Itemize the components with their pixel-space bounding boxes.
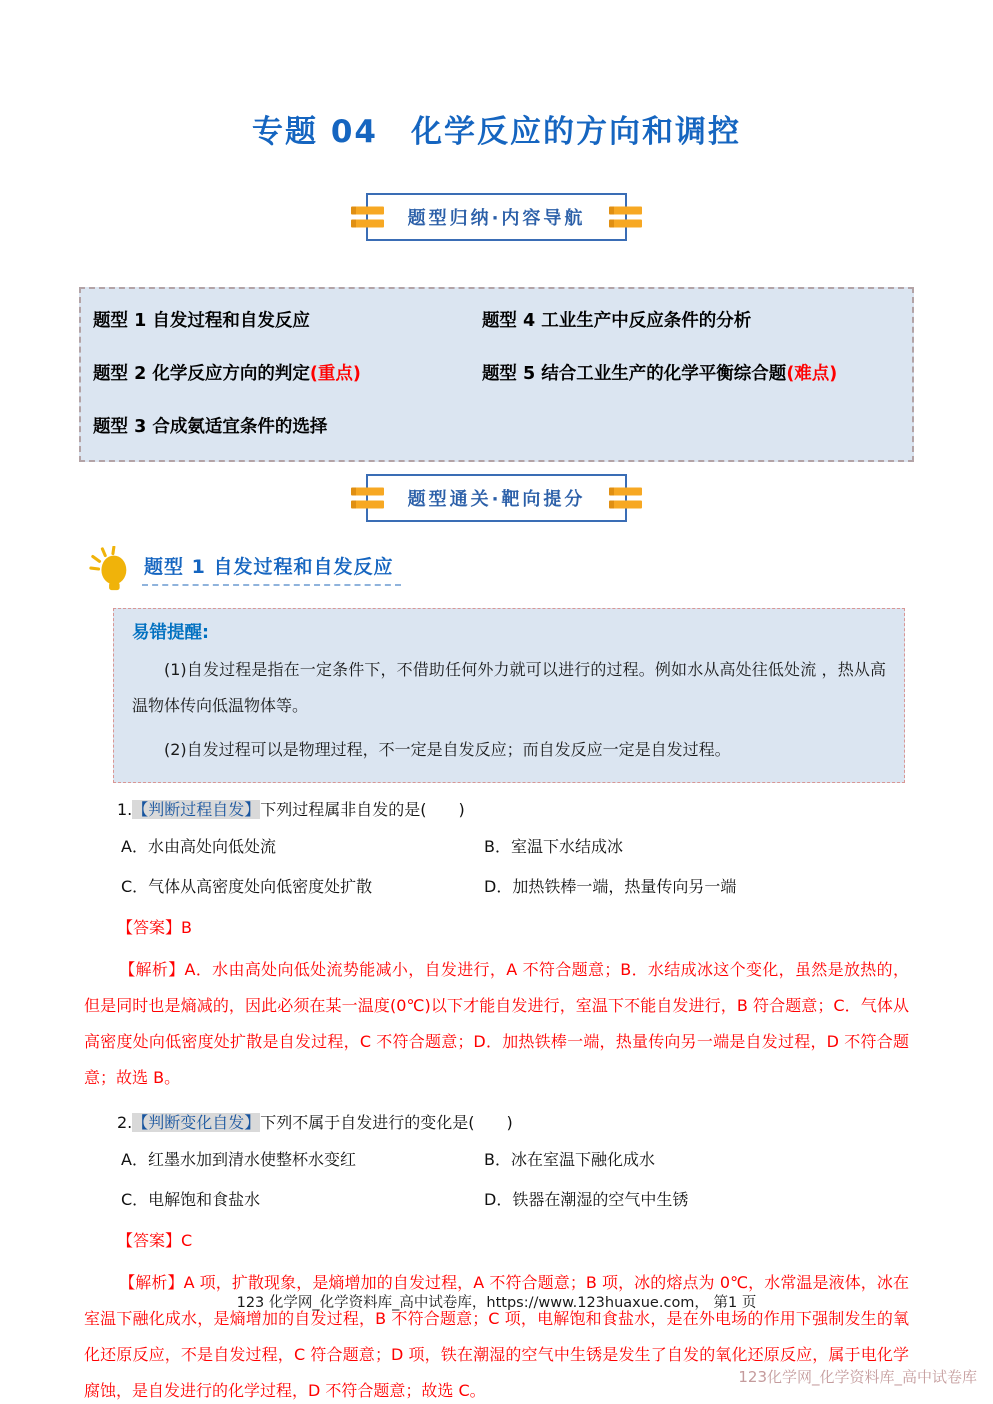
type-index-label: 题型 4 工业生产中反应条件的分析	[482, 311, 751, 331]
question-stem: 下列过程属非自发的是( )	[260, 800, 465, 819]
question-1: 1.【判断过程自发】下列过程属非自发的是( ) A．水由高处向低处流 B．室温下…	[84, 795, 909, 1096]
question-stem: 下列不属于自发进行的变化是( )	[260, 1113, 513, 1132]
question-topic-tag: 【判断过程自发】	[132, 800, 260, 819]
question-types-index: 题型 1 自发过程和自发反应 题型 4 工业生产中反应条件的分析 题型 2 化学…	[79, 287, 914, 462]
banner-content-nav-label: 题型归纳·内容导航	[408, 208, 586, 229]
option-a: A．水由高处向低处流	[121, 833, 484, 860]
option-b: B．室温下水结成冰	[484, 833, 909, 860]
section-heading: 题型 1 自发过程和自发反应	[88, 546, 993, 592]
double-bar-icon	[609, 207, 642, 228]
double-bar-icon	[351, 488, 384, 509]
question-number: 2.	[117, 1113, 132, 1132]
type-index-item: 题型 4 工业生产中反应条件的分析	[482, 307, 902, 332]
type-index-tag: (难点)	[786, 364, 837, 384]
option-d: D．加热铁棒一端，热量传向另一端	[484, 873, 909, 900]
type-index-label: 题型 2 化学反应方向的判定	[93, 364, 310, 384]
banner-content-nav: 题型归纳·内容导航	[0, 193, 993, 241]
analysis-text: A．水由高处向低处流势能减小，自发进行，A 不符合题意；B．水结成冰这个变化，虽…	[84, 960, 909, 1087]
options-grid: A．红墨水加到清水使整杯水变红 B．冰在室温下融化成水 C．电解饱和食盐水 D．…	[121, 1146, 909, 1213]
option-d: D．铁器在潮湿的空气中生锈	[484, 1186, 909, 1213]
answer-label: 【答案】	[117, 918, 181, 937]
option-c: C．气体从高密度处向低密度处扩散	[121, 873, 484, 900]
lightbulb-icon	[88, 546, 134, 592]
answer-line: 【答案】C	[117, 1227, 909, 1255]
answer-value: C	[181, 1231, 192, 1250]
banner-practice: 题型通关·靶向提分	[0, 474, 993, 522]
type-index-item: 题型 5 结合工业生产的化学平衡综合题(难点)	[482, 360, 902, 385]
tips-line: (2)自发过程可以是物理过程，不一定是自发反应；而自发反应一定是自发过程。	[132, 732, 886, 768]
watermark: 123化学网_化学资料库_高中试卷库	[738, 1366, 977, 1387]
type-index-tag: (重点)	[310, 364, 361, 384]
analysis-label: 【解析】	[119, 1273, 183, 1292]
page-title: 专题 04 化学反应的方向和调控	[0, 0, 993, 151]
type-index-item: 题型 3 合成氨适宜条件的选择	[93, 413, 482, 438]
answer-label: 【答案】	[117, 1231, 181, 1250]
option-c: C．电解饱和食盐水	[121, 1186, 484, 1213]
type-index-item: 题型 1 自发过程和自发反应	[93, 307, 482, 332]
answer-line: 【答案】B	[117, 914, 909, 942]
banner-box: 题型通关·靶向提分	[366, 474, 628, 522]
banner-practice-label: 题型通关·靶向提分	[408, 489, 586, 510]
analysis-label: 【解析】	[119, 960, 184, 979]
banner-box: 题型归纳·内容导航	[366, 193, 628, 241]
double-bar-icon	[609, 488, 642, 509]
question-topic-tag: 【判断变化自发】	[132, 1113, 260, 1132]
page-footer: 123 化学网_化学资料库_高中试卷库，https://www.123huaxu…	[0, 1291, 993, 1312]
tips-title: 易错提醒:	[132, 619, 886, 644]
document-page: 专题 04 化学反应的方向和调控 题型归纳·内容导航 题型 1 自发过程和自发反…	[0, 0, 993, 1404]
type-index-item-empty	[482, 413, 902, 438]
option-b: B．冰在室温下融化成水	[484, 1146, 909, 1173]
type-index-label: 题型 3 合成氨适宜条件的选择	[93, 417, 327, 437]
section-title: 题型 1 自发过程和自发反应	[142, 552, 401, 586]
type-index-label: 题型 5 结合工业生产的化学平衡综合题	[482, 364, 786, 384]
question-stem-line: 2.【判断变化自发】下列不属于自发进行的变化是( )	[117, 1108, 909, 1138]
question-number: 1.	[117, 800, 132, 819]
type-index-label: 题型 1 自发过程和自发反应	[93, 311, 310, 331]
answer-value: B	[181, 918, 192, 937]
tips-line: (1)自发过程是指在一定条件下，不借助任何外力就可以进行的过程。例如水从高处往低…	[132, 652, 886, 724]
option-a: A．红墨水加到清水使整杯水变红	[121, 1146, 484, 1173]
question-2: 2.【判断变化自发】下列不属于自发进行的变化是( ) A．红墨水加到清水使整杯水…	[84, 1108, 909, 1404]
type-index-item: 题型 2 化学反应方向的判定(重点)	[93, 360, 482, 385]
tips-box: 易错提醒: (1)自发过程是指在一定条件下，不借助任何外力就可以进行的过程。例如…	[113, 608, 905, 783]
double-bar-icon	[351, 207, 384, 228]
question-stem-line: 1.【判断过程自发】下列过程属非自发的是( )	[117, 795, 909, 825]
analysis-paragraph: 【解析】A．水由高处向低处流势能减小，自发进行，A 不符合题意；B．水结成冰这个…	[84, 952, 909, 1096]
options-grid: A．水由高处向低处流 B．室温下水结成冰 C．气体从高密度处向低密度处扩散 D．…	[121, 833, 909, 900]
